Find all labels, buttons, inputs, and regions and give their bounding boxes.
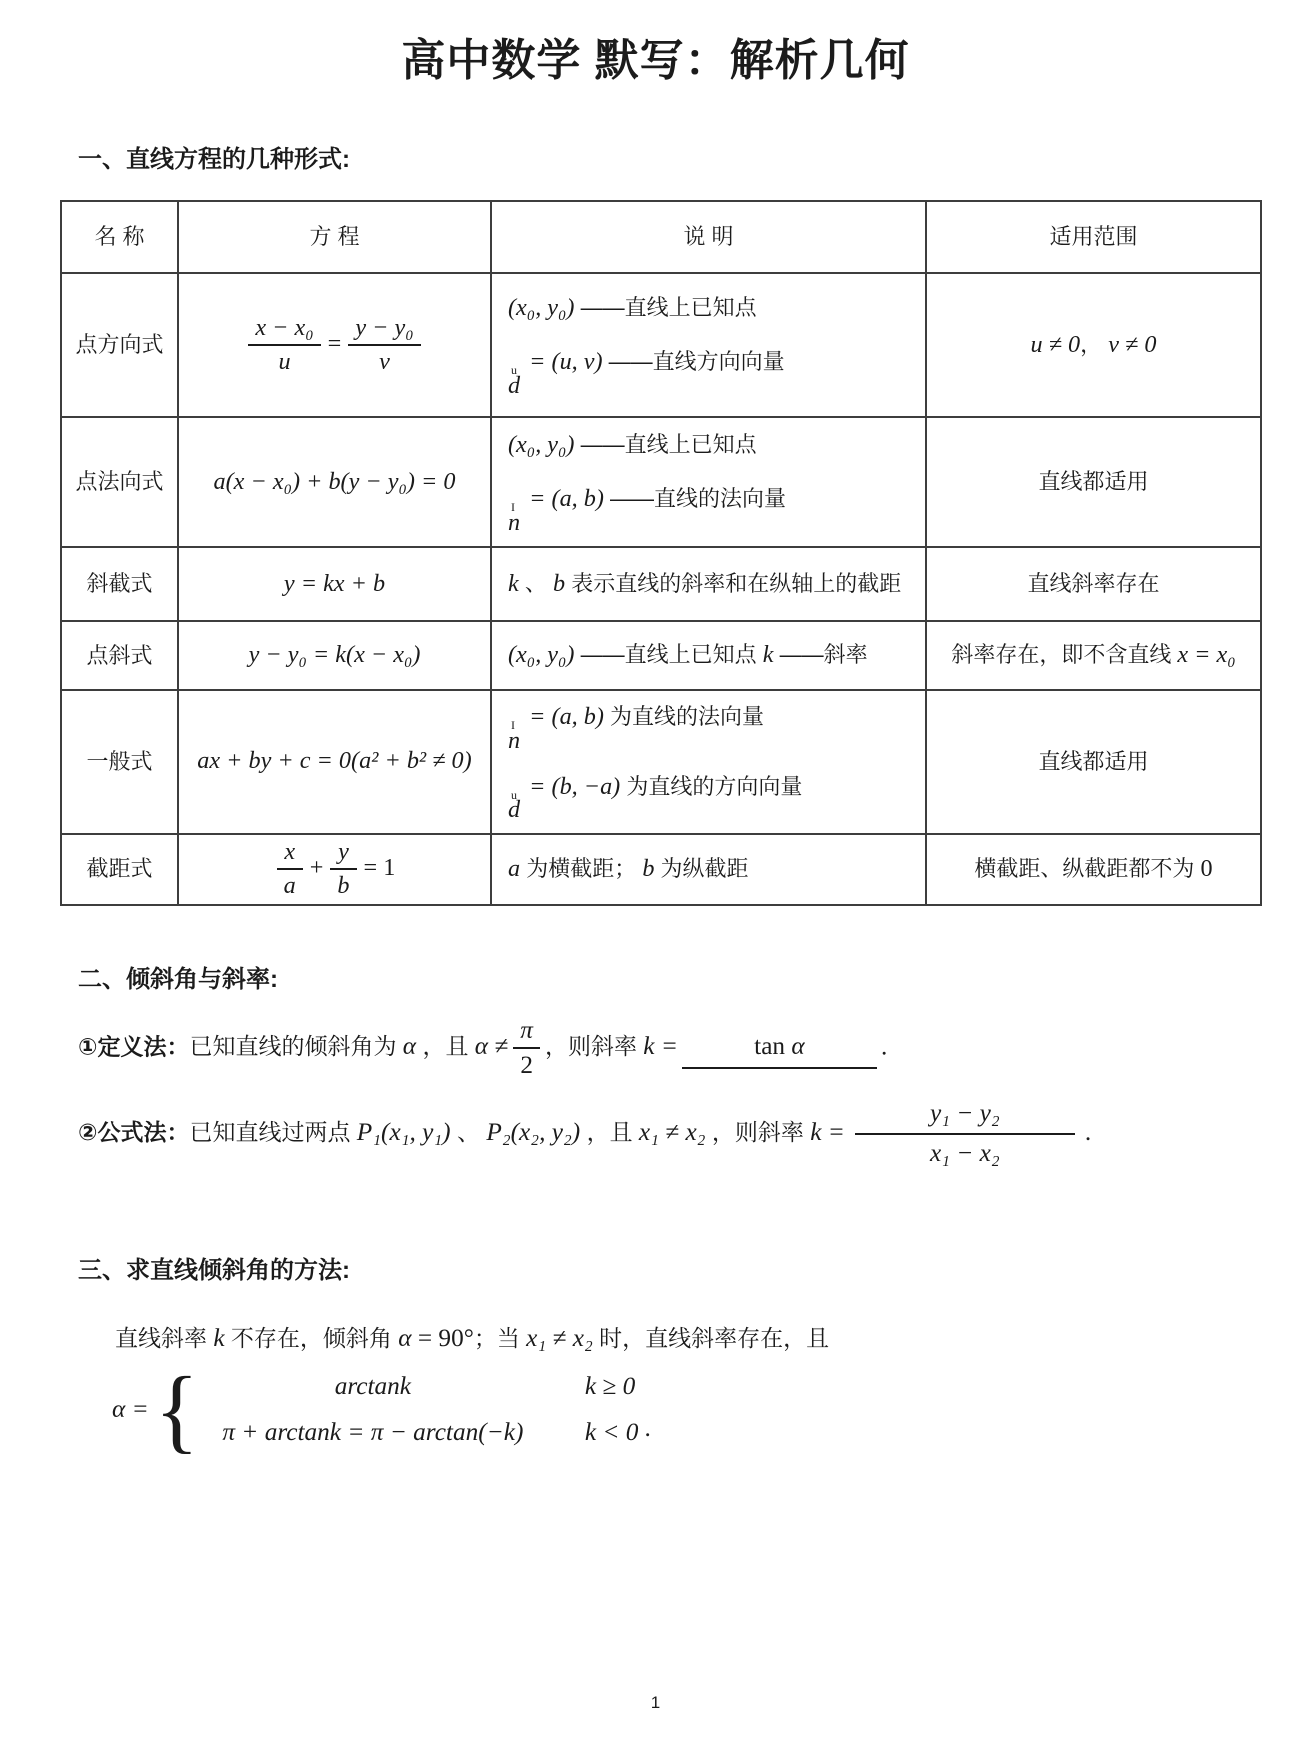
answer-blank: tan α xyxy=(682,1028,877,1069)
document-page: 高中数学 默写：解析几何 一、直线方程的几种形式: 名 称 方 程 说 明 适用… xyxy=(0,0,1311,1748)
answer-blank-fraction: y₁ − y₂x₁ − x₂ xyxy=(855,1100,1075,1168)
cell-scope: 直线斜率存在 xyxy=(926,547,1261,621)
table-row: 斜截式 y = kx + b k 、 b 表示直线的斜率和在纵轴上的截距 直线斜… xyxy=(61,547,1261,621)
cell-equation: x − x₀u=y − y₀v xyxy=(178,273,491,417)
formula-method-text: 已知直线过两点 P₁(x₁, y₁) 、 P₂(x₂, y₂) ，且 x₁ ≠ … xyxy=(189,1119,844,1145)
cell-name: 点方向式 xyxy=(61,273,178,417)
table-header-row: 名 称 方 程 说 明 适用范围 xyxy=(61,201,1261,273)
cell-description: (x₀, y₀) ——直线上已知点 k ——斜率 xyxy=(491,621,926,690)
description-line: In = (a, b) 为直线的法向量 xyxy=(508,701,917,753)
definition-method-line: ①定义法：已知直线的倾斜角为 α ，且 α ≠π2，则斜率 k =tan α. xyxy=(78,1018,887,1079)
piecewise-lhs: α = xyxy=(112,1391,149,1429)
col-header-scope: 适用范围 xyxy=(926,201,1261,273)
section-1-heading: 一、直线方程的几种形式: xyxy=(78,142,350,178)
cell-scope: 直线都适用 xyxy=(926,690,1261,834)
description-line: In = (a, b) ——直线的法向量 xyxy=(508,483,917,535)
page-title: 高中数学 默写：解析几何 xyxy=(0,28,1311,94)
cell-description: (x₀, y₀) ——直线上已知点 ud = (u, v) ——直线方向向量 xyxy=(491,273,926,417)
fraction: yb xyxy=(330,840,356,898)
vector-symbol: ud xyxy=(508,367,520,398)
description-line: ud = (u, v) ——直线方向向量 xyxy=(508,346,917,398)
fraction: xa xyxy=(277,840,303,898)
vector-symbol: ud xyxy=(508,792,520,823)
cell-name: 截距式 xyxy=(61,834,178,905)
cell-equation: y − y₀ = k(x − x₀) xyxy=(178,621,491,690)
formula-method-label: ②公式法： xyxy=(78,1119,189,1145)
table-row: 点法向式 a(x − x₀) + b(y − y₀) = 0 (x₀, y₀) … xyxy=(61,417,1261,547)
line-forms-table: 名 称 方 程 说 明 适用范围 点方向式 x − x₀u=y − y₀v (x… xyxy=(60,200,1262,906)
description-line: (x₀, y₀) ——直线上已知点 xyxy=(508,429,917,462)
curly-brace: { xyxy=(155,1368,199,1452)
period: . xyxy=(644,1410,650,1448)
col-header-name: 名 称 xyxy=(61,201,178,273)
description-line: ud = (b, −a) 为直线的方向向量 xyxy=(508,771,917,823)
cell-description: k 、 b 表示直线的斜率和在纵轴上的截距 xyxy=(491,547,926,621)
cell-scope: 直线都适用 xyxy=(926,417,1261,547)
col-header-explanation: 说 明 xyxy=(491,201,926,273)
section-2-heading: 二、倾斜角与斜率: xyxy=(78,962,278,998)
cell-description: a 为横截距； b 为纵截距 xyxy=(491,834,926,905)
fraction: y − y₀v xyxy=(348,316,420,374)
case-expression: π + arctank = π − arctan(−k) xyxy=(203,1414,543,1452)
case-condition: k < 0 xyxy=(543,1414,639,1452)
definition-method-text: 已知直线的倾斜角为 α ，且 α ≠ xyxy=(189,1033,508,1059)
case-expression: arctank xyxy=(203,1368,543,1406)
cell-scope: u ≠ 0， v ≠ 0 xyxy=(926,273,1261,417)
vector-symbol: In xyxy=(508,722,520,753)
cell-equation: ax + by + c = 0(a² + b² ≠ 0) xyxy=(178,690,491,834)
table-row: 一般式 ax + by + c = 0(a² + b² ≠ 0) In = (a… xyxy=(61,690,1261,834)
cell-equation: xa+yb= 1 xyxy=(178,834,491,905)
page-number: 1 xyxy=(0,1690,1311,1716)
cell-name: 斜截式 xyxy=(61,547,178,621)
cell-name: 点法向式 xyxy=(61,417,178,547)
formula-method-line: ②公式法：已知直线过两点 P₁(x₁, y₁) 、 P₂(x₂, y₂) ，且 … xyxy=(78,1100,1091,1168)
cell-equation: a(x − x₀) + b(y − y₀) = 0 xyxy=(178,417,491,547)
cell-scope: 斜率存在，即不含直线 x = x₀ xyxy=(926,621,1261,690)
cell-name: 一般式 xyxy=(61,690,178,834)
piecewise-cases: arctank k ≥ 0 π + arctank = π − arctan(−… xyxy=(203,1368,639,1452)
description-line: (x₀, y₀) ——直线上已知点 xyxy=(508,292,917,325)
section-3-body: 直线斜率 k 不存在，倾斜角 α = 90°；当 x₁ ≠ x₂ 时，直线斜率存… xyxy=(115,1320,829,1358)
table-row: 截距式 xa+yb= 1 a 为横截距； b 为纵截距 横截距、纵截距都不为 0 xyxy=(61,834,1261,905)
col-header-equation: 方 程 xyxy=(178,201,491,273)
case-condition: k ≥ 0 xyxy=(543,1368,639,1406)
vector-symbol: In xyxy=(508,504,520,535)
cell-description: In = (a, b) 为直线的法向量 ud = (b, −a) 为直线的方向向… xyxy=(491,690,926,834)
cell-equation: y = kx + b xyxy=(178,547,491,621)
cell-description: (x₀, y₀) ——直线上已知点 In = (a, b) ——直线的法向量 xyxy=(491,417,926,547)
table-row: 点方向式 x − x₀u=y − y₀v (x₀, y₀) ——直线上已知点 u… xyxy=(61,273,1261,417)
cell-scope: 横截距、纵截距都不为 0 xyxy=(926,834,1261,905)
table-row: 点斜式 y − y₀ = k(x − x₀) (x₀, y₀) ——直线上已知点… xyxy=(61,621,1261,690)
fraction: π2 xyxy=(513,1018,540,1079)
definition-method-label: ①定义法： xyxy=(78,1033,189,1059)
cell-name: 点斜式 xyxy=(61,621,178,690)
section-3-heading: 三、求直线倾斜角的方法: xyxy=(78,1253,350,1289)
piecewise-formula: α = { arctank k ≥ 0 π + arctank = π − ar… xyxy=(112,1368,651,1452)
fraction: x − x₀u xyxy=(248,316,320,374)
